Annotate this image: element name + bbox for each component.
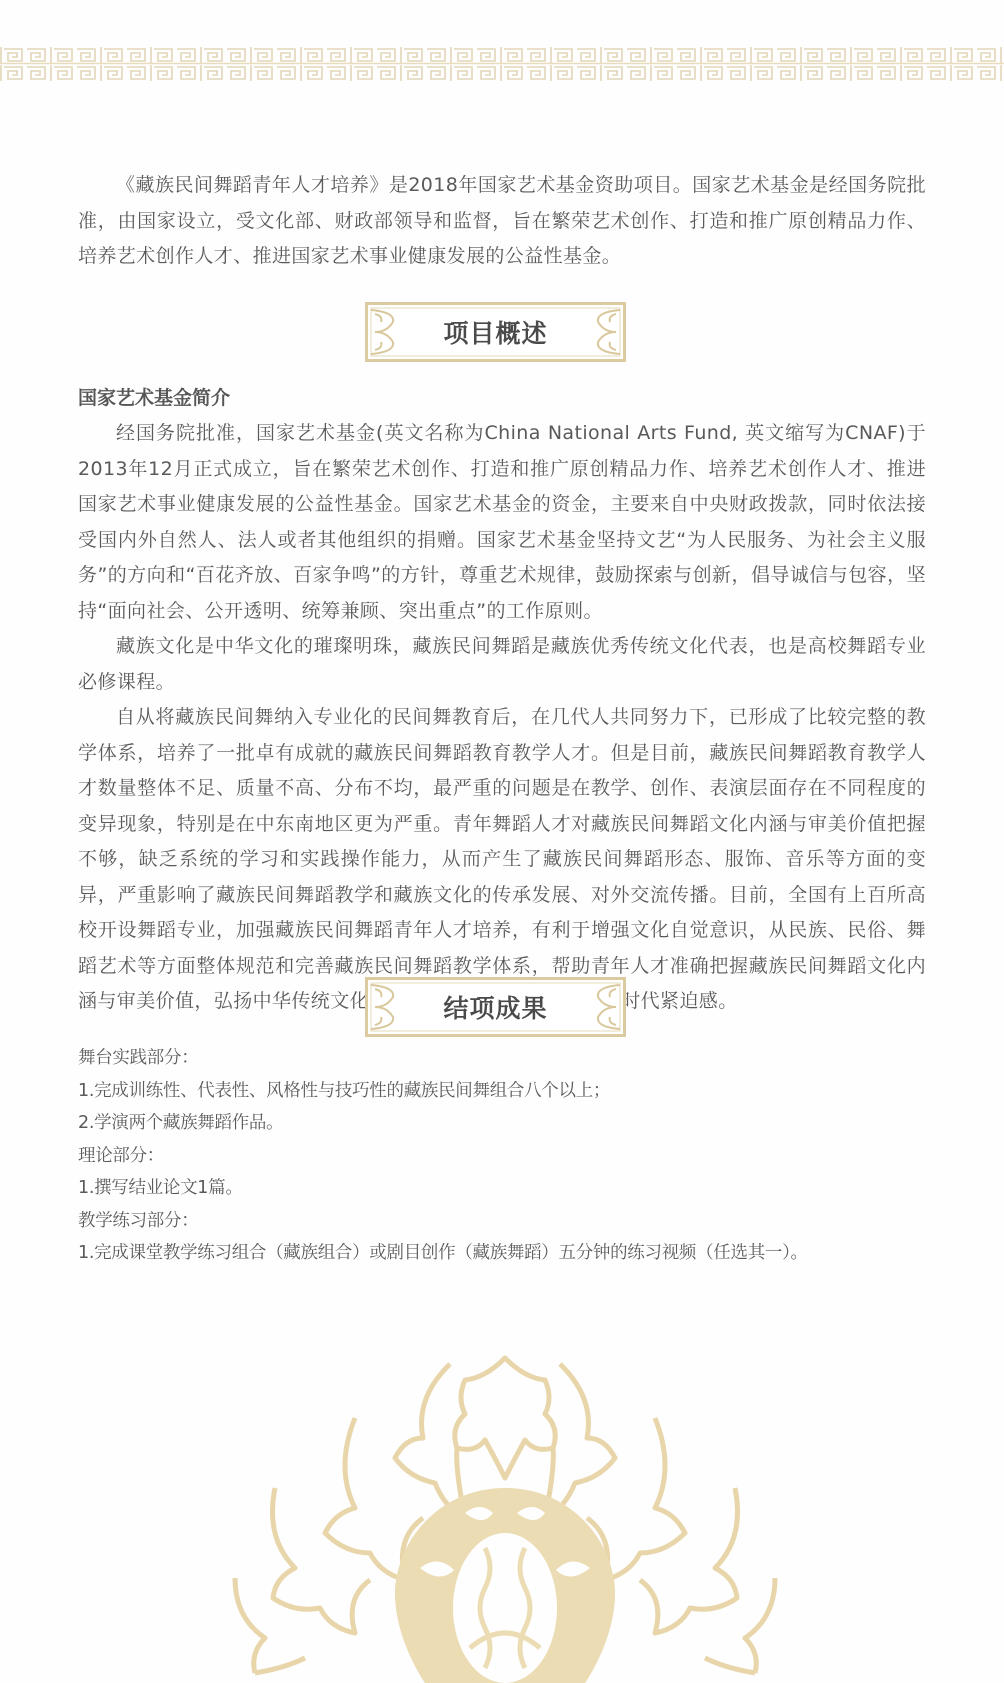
lotus-flame-ornament-icon	[195, 1318, 815, 1683]
section-header-results: 结项成果	[365, 977, 626, 1037]
results-line: 教学练习部分：	[78, 1205, 926, 1238]
results-line: 1.撰写结业论文1篇。	[78, 1172, 926, 1205]
intro-section: 《藏族民间舞蹈青年人才培养》是2018年国家艺术基金资助项目。国家艺术基金是经国…	[78, 168, 926, 275]
paragraph: 经国务院批准，国家艺术基金(英文名称为China National Arts F…	[78, 416, 926, 629]
paragraph: 自从将藏族民间舞纳入专业化的民间舞教育后，在几代人共同努力下，已形成了比较完整的…	[78, 700, 926, 1020]
subheading: 国家艺术基金简介	[78, 380, 926, 416]
results-line: 理论部分：	[78, 1140, 926, 1173]
results-line: 2.学演两个藏族舞蹈作品。	[78, 1107, 926, 1140]
greek-key-border	[0, 46, 1004, 82]
results-line: 1.完成课堂教学练习组合（藏族组合）或剧目创作（藏族舞蹈）五分钟的练习视频（任选…	[78, 1237, 926, 1270]
overview-section: 国家艺术基金简介 经国务院批准，国家艺术基金(英文名称为China Nation…	[78, 380, 926, 1020]
results-line: 舞台实践部分：	[78, 1042, 926, 1075]
intro-paragraph: 《藏族民间舞蹈青年人才培养》是2018年国家艺术基金资助项目。国家艺术基金是经国…	[78, 168, 926, 275]
results-line: 1.完成训练性、代表性、风格性与技巧性的藏族民间舞组合八个以上；	[78, 1075, 926, 1108]
results-section: 舞台实践部分： 1.完成训练性、代表性、风格性与技巧性的藏族民间舞组合八个以上；…	[78, 1042, 926, 1270]
paragraph: 藏族文化是中华文化的璀璨明珠，藏族民间舞蹈是藏族优秀传统文化代表，也是高校舞蹈专…	[78, 629, 926, 700]
section-title: 结项成果	[365, 977, 626, 1037]
section-header-overview: 项目概述	[365, 302, 626, 362]
section-title: 项目概述	[365, 302, 626, 362]
